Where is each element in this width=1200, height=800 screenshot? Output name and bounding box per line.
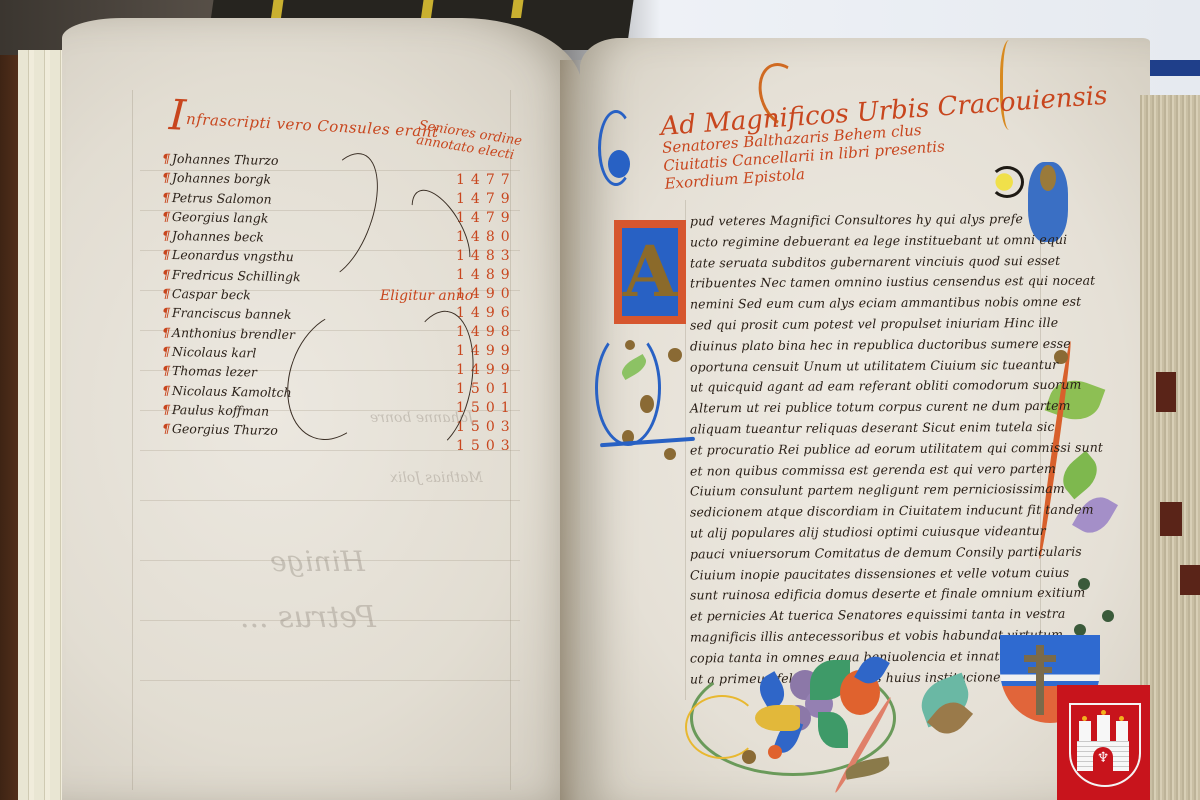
gold-dot-icon <box>668 348 682 362</box>
blue-drop-icon <box>608 150 630 178</box>
consul-name: ¶Petrus Salomon <box>162 189 301 211</box>
election-year: 1479 <box>456 210 516 229</box>
text-line: pauci vniuersorum Comitatus de demum Con… <box>690 543 1103 567</box>
page-tab <box>1156 372 1176 412</box>
page-tab <box>1180 565 1200 595</box>
illuminated-initial: A <box>614 220 686 324</box>
bleed-through-text: Hinige <box>270 545 365 578</box>
paragraph-mark-icon: ¶ <box>162 151 170 166</box>
gold-dot-icon <box>625 340 635 350</box>
election-year: 1479 <box>456 191 516 210</box>
bleed-through-text: Johanne bonre <box>370 410 474 426</box>
gold-dot-icon <box>640 395 654 413</box>
gold-dot-icon <box>742 750 756 764</box>
paragraph-mark-icon: ¶ <box>162 363 170 378</box>
paragraph-mark-icon: ¶ <box>162 324 170 339</box>
epistola-body-text: pud veteres Magnifici Consultores hy qui… <box>690 212 1103 690</box>
page-tab <box>1160 502 1182 536</box>
consul-name: ¶Franciscus bannek <box>162 305 301 327</box>
gold-cone-icon <box>755 705 800 731</box>
text-line: sed qui prosit cum potest vel propulset … <box>690 315 1103 339</box>
heading-initial: I <box>168 90 188 140</box>
gold-dot-icon <box>664 448 676 460</box>
gold-crescent-icon <box>990 166 1024 198</box>
consul-name: ¶Fredricus Schillingk <box>162 267 301 289</box>
gold-dot-icon <box>1040 165 1056 191</box>
tower-finial-icon <box>1119 716 1124 721</box>
paragraph-mark-icon: ¶ <box>162 402 170 417</box>
text-line: sedicionem atque discordiam in Ciuitatem… <box>690 502 1103 526</box>
paragraph-mark-icon: ¶ <box>162 382 170 397</box>
city-coat-of-arms-logo: ♆ <box>1057 685 1150 800</box>
election-year: 1503 <box>456 438 516 457</box>
double-cross-icon <box>1036 645 1044 715</box>
text-line: nemini Sed eum cum alys eciam ammantibus… <box>690 294 1103 318</box>
tower-finial-icon <box>1082 716 1087 721</box>
consul-name-list: ¶Johannes Thurzo ¶Johannes borgk ¶Petrus… <box>162 152 301 441</box>
text-line: et pernicies At tuerica Senatores equiss… <box>690 606 1103 630</box>
consul-name: ¶Leonardus vngsthu <box>162 247 301 269</box>
paragraph-mark-icon: ¶ <box>162 267 170 282</box>
text-line: Alterum ut rei publice totum corpus cure… <box>690 398 1103 422</box>
paragraph-mark-icon: ¶ <box>162 170 170 185</box>
eligitur-annotation: Eligitur anno <box>380 288 473 304</box>
text-line: ut alij populares alij studiosi optimi c… <box>690 523 1103 547</box>
paragraph-mark-icon: ¶ <box>162 247 170 262</box>
ruling-line <box>140 500 520 501</box>
consul-name: ¶Georgius langk <box>162 209 301 231</box>
castle-tower-icon <box>1079 721 1091 743</box>
text-line: pud veteres Magnifici Consultores hy qui… <box>690 211 1103 235</box>
paragraph-mark-icon: ¶ <box>162 228 170 243</box>
text-line: diuinus plato bina hec in republica duct… <box>690 335 1103 359</box>
initial-letter: A <box>622 228 678 316</box>
green-dot-icon <box>1102 610 1114 622</box>
castle-tower-icon <box>1116 721 1128 743</box>
consul-name: ¶Thomas lezer <box>162 363 301 385</box>
white-eagle-icon: ♆ <box>1096 749 1110 767</box>
election-year: 1477 <box>456 172 516 191</box>
bleed-through-text: Mathias Jolix <box>390 470 483 486</box>
text-line: et procuratio Rei publice ad eorum utili… <box>690 439 1103 463</box>
tower-finial-icon <box>1101 710 1106 715</box>
consul-name: ¶Georgius Thurzo <box>162 421 301 443</box>
paragraph-mark-icon: ¶ <box>162 305 170 320</box>
castle-tower-icon <box>1097 715 1110 743</box>
paragraph-mark-icon: ¶ <box>162 209 170 224</box>
bleed-through-text: Petrus ... <box>240 600 376 635</box>
election-year: 1496 <box>456 305 516 324</box>
ruling-line <box>132 90 133 790</box>
consul-name: ¶Paulus koffman <box>162 402 301 424</box>
consul-name: ¶Johannes borgk <box>162 170 301 192</box>
red-dot-icon <box>768 745 782 759</box>
text-line: ucto regimine debuerant ea lege institue… <box>690 231 1103 255</box>
paragraph-mark-icon: ¶ <box>162 286 170 301</box>
ruling-line <box>140 680 520 681</box>
paragraph-mark-icon: ¶ <box>162 189 170 204</box>
consul-name: ¶Anthonius brendler <box>162 324 301 346</box>
text-line: aliquam tueantur reliquas deserant Sicut… <box>690 419 1103 443</box>
paragraph-mark-icon: ¶ <box>162 344 170 359</box>
consul-name: ¶Nicolaus Kamoltch <box>162 382 301 404</box>
paragraph-mark-icon: ¶ <box>162 421 170 436</box>
